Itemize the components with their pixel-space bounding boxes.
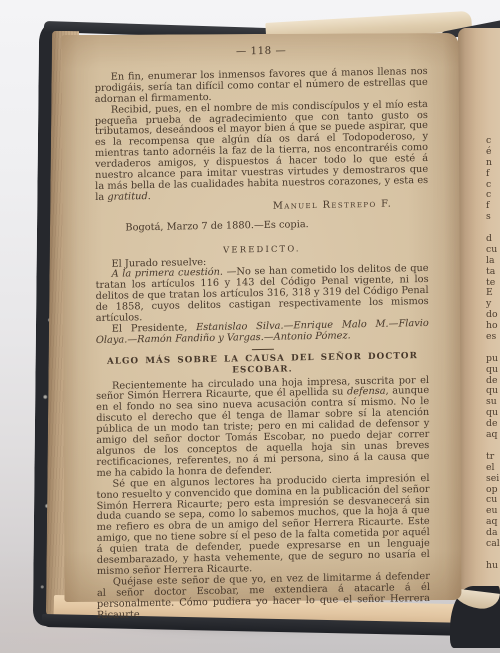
right-page-fragment: hu xyxy=(486,561,500,572)
verdict-signatories: El Presidente, Estanislao Silva.—Enrique… xyxy=(96,319,429,347)
book-photo-scene: cénfccfsdculatateEydohoespuqudequsuqudea… xyxy=(0,0,500,653)
article-paragraph: Sé que en algunos lectores ha producido … xyxy=(96,474,429,578)
right-page-sliver: cénfccfsdculatateEydohoespuqudequsuqudea… xyxy=(458,28,500,598)
dateline: Bogotá, Marzo 7 de 1880.—Es copia. xyxy=(95,218,428,235)
article-paragraph: Recientemente ha circulado una hoja impr… xyxy=(96,375,429,479)
right-page-fragment: qu xyxy=(486,365,500,376)
left-page-text-block: — 118 — En fin, enumerar los inmensos fa… xyxy=(95,43,431,622)
section-divider xyxy=(251,349,273,350)
right-page-fragment: aq xyxy=(486,430,500,441)
right-page-text-fragments: cénfccfsdculatateEydohoespuqudequsuqudea… xyxy=(486,136,500,572)
right-page-fragment: es xyxy=(486,332,500,343)
left-page: — 118 — En fin, enumerar los inmensos fa… xyxy=(62,33,462,602)
right-page-fragment: ta xyxy=(486,267,500,278)
article-paragraph: Quéjase este señor de que yo, en vez de … xyxy=(97,572,430,622)
right-page-fragment: cal xyxy=(486,539,500,550)
right-page-fragment: f xyxy=(486,169,500,180)
intro-paragraph: Recibid, pues, en el nombre de mis condi… xyxy=(95,100,428,204)
right-page-fragment: el xyxy=(486,463,500,474)
right-page-fragment: s xyxy=(486,212,500,223)
verdict-paragraph: A la primera cuestión. —No se han cometi… xyxy=(96,264,429,325)
right-page-fragment: sei xyxy=(486,474,500,485)
page-number: — 118 — xyxy=(95,43,428,60)
